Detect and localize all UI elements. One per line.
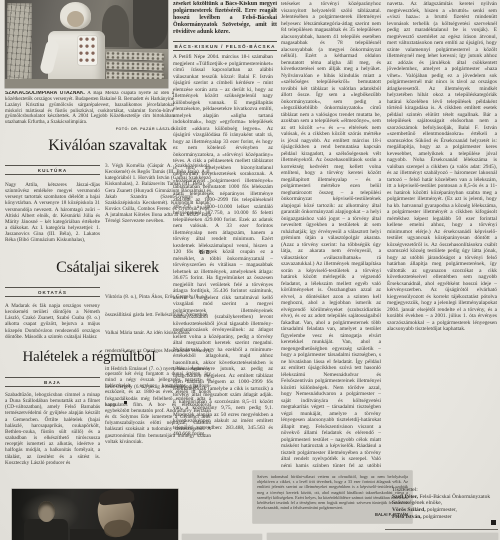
closing-block: Tisztelettel: Szefl Péter, Felső-Bácskai… — [392, 487, 498, 521]
food-tray-graphic — [106, 51, 164, 60]
signature-line: Vörös Szilárd, polgármester, — [392, 507, 498, 514]
signatory-role: polgármester, — [427, 507, 457, 513]
editor-note-text: Szíves tudomásul bírálat-választ vettem … — [257, 474, 408, 510]
kicker-kultura: KULTÚRA — [5, 165, 100, 175]
closing-salutation: Tisztelettel: — [392, 487, 498, 494]
background-person-graphic — [102, 5, 129, 47]
kicker-oktatas: OKTATÁS — [5, 287, 100, 297]
top-photo-caption: SZAKÁCSOLIMPIÁRA UTAZNAK. A Baja Menza c… — [5, 91, 174, 132]
main-article-col3: navetta. Az átlagszámítás keretei nyilvá… — [387, 1, 497, 484]
counter-graphic — [5, 79, 168, 88]
caption-lead-in: SZAKÁCSOLIMPIÁRA UTAZNAK. — [5, 91, 85, 96]
signature-line: Szefl Péter, Felső-Bácskai Önkormányzato… — [392, 494, 498, 507]
article-kultura-col1: Nagy Attila, kétszeres Jászai-díjas szín… — [5, 182, 100, 258]
next-section-panel — [267, 533, 498, 540]
main-article-col1: A Petőfi Népe 2004. március 18-i számába… — [173, 54, 273, 469]
article-end-mark — [491, 520, 496, 525]
background-person-graphic — [133, 0, 168, 48]
kicker-bacs-kiskun: BÁCS-KISKUN / FELSŐ-BÁCSKA — [173, 41, 277, 51]
editor-note-signature: BALAI F. ISTVÁN — [257, 512, 408, 517]
signatory-role: polgármester — [423, 514, 452, 520]
signatory-name: Szefl Péter, — [392, 494, 418, 500]
editor-note-box: Szíves tudomásul bírálat-választ vettem … — [253, 471, 412, 523]
article-oktatas-col1: A Madarak és fák napja országos verseny … — [5, 303, 100, 348]
next-section-panel — [182, 534, 262, 540]
main-article-lead: zéseket közöltünk a Bács-Kiskun megyei p… — [173, 1, 277, 39]
signature-line: Felső István, polgármester — [392, 514, 498, 521]
kicker-baja: BAJA — [5, 377, 100, 387]
signatory-name: Felső István, — [392, 514, 422, 520]
top-photo — [5, 0, 168, 88]
decorated-bag-graphic — [78, 36, 97, 65]
chef-figure-graphic — [67, 11, 84, 27]
photo-credit: FOTÓ: DR. PAZÁR LÁSZLÓ — [60, 127, 174, 131]
menu-board-graphic — [7, 3, 32, 83]
background-man-graphic — [38, 501, 55, 522]
bottom-photo — [12, 489, 178, 540]
newspaper-page: SZAKÁCSOLIMPIÁRA UTAZNAK. A Baja Menza c… — [0, 0, 500, 540]
main-article-col2: tetéseket a törvényi középarányhoz viszo… — [281, 1, 381, 468]
caption-text: A Baja Menza csapata nyerte az idén a kö… — [5, 91, 174, 125]
food-tray-graphic — [106, 61, 164, 70]
headline-haletelek: Halételek a régmúltból — [0, 349, 178, 366]
background-man-graphic — [24, 519, 68, 540]
article-baja-col1: Szabadtűzön, lebográcsban címmel a minap… — [5, 392, 100, 487]
closing-divider-rule — [385, 529, 498, 530]
signatory-name: Vörös Szilárd, — [392, 507, 426, 513]
